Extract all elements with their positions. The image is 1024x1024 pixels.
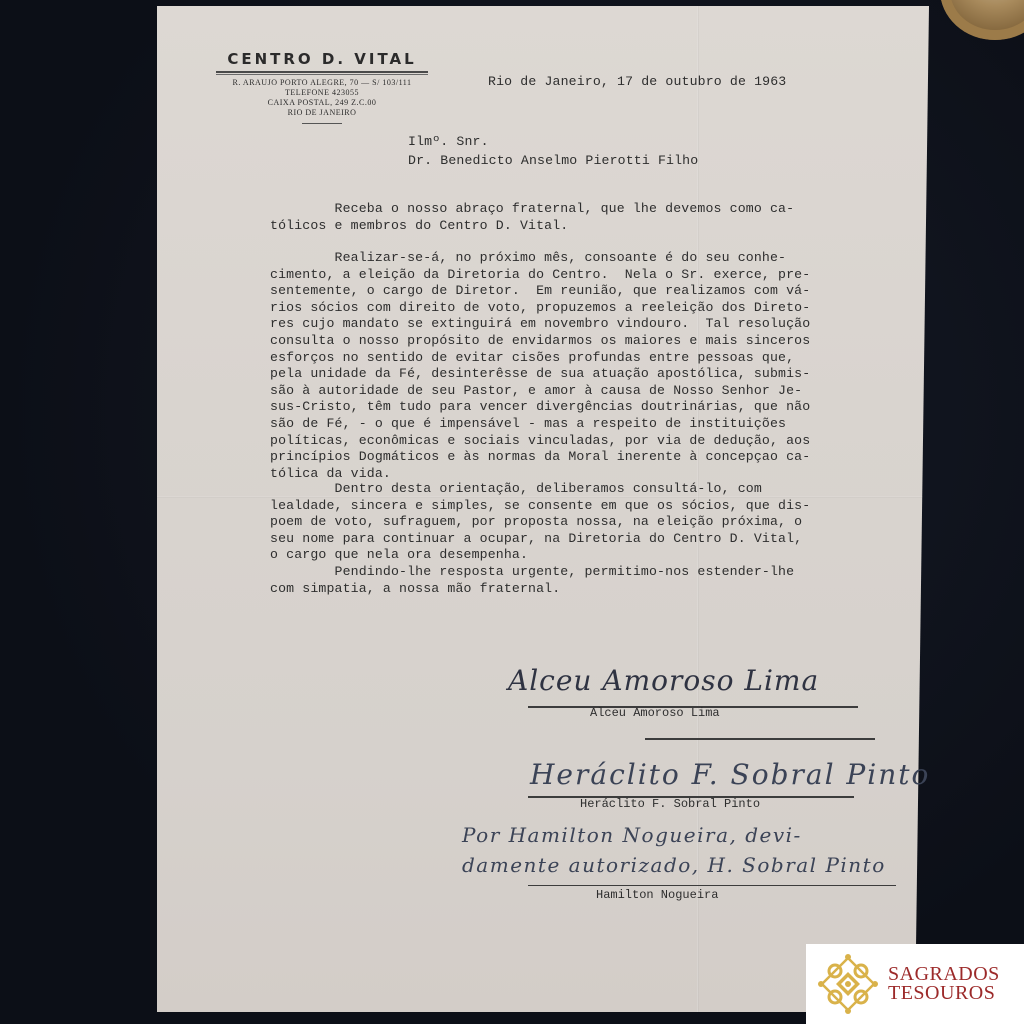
body-paragraph-1: Receba o nosso abraço fraternal, que lhe… (270, 201, 794, 234)
signature-name-3: Hamilton Nogueira (596, 888, 718, 902)
body-paragraph-2: Realizar-se-á, no próximo mês, consoante… (270, 250, 810, 482)
signature-line-2-top (645, 738, 875, 740)
watermark-line-2: TESOUROS (888, 984, 1000, 1003)
letterhead-short-rule (302, 123, 342, 124)
letterhead-rule (216, 71, 428, 75)
sagrados-tesouros-watermark: SAGRADOS TESOUROS (806, 944, 1024, 1024)
body-paragraph-4: Pendindo-lhe resposta urgente, permitimo… (270, 564, 794, 597)
recipient-salutation: Ilmº. Snr. (408, 134, 489, 149)
letterhead-phone: TELEFONE 423055 (212, 88, 432, 98)
letterhead-address: R. ARAUJO PORTO ALEGRE, 70 — S/ 103/111 (212, 78, 432, 88)
letter-date: Rio de Janeiro, 17 de outubro de 1963 (488, 74, 786, 89)
recipient-name: Dr. Benedicto Anselmo Pierotti Filho (408, 153, 698, 168)
signature-handwritten-3: Por Hamilton Nogueira, devi- damente aut… (462, 820, 886, 880)
signature-name-2: Heráclito F. Sobral Pinto (580, 797, 760, 811)
signature-line-3 (528, 885, 896, 886)
watermark-text: SAGRADOS TESOUROS (888, 965, 1000, 1003)
signature-handwritten-2: Heráclito F. Sobral Pinto (530, 758, 930, 791)
body-paragraph-3: Dentro desta orientação, deliberamos con… (270, 481, 810, 564)
letterhead: CENTRO D. VITAL R. ARAUJO PORTO ALEGRE, … (212, 50, 432, 124)
letterhead-po-box: CAIXA POSTAL, 249 Z.C.00 (212, 98, 432, 108)
signature-handwritten-1: Alceu Amoroso Lima (508, 664, 819, 697)
signature-name-1: Alceu Amoroso Lima (590, 706, 720, 720)
ornament-logo-icon (818, 954, 878, 1014)
letterhead-title: CENTRO D. VITAL (212, 50, 432, 68)
letterhead-city: RIO DE JANEIRO (212, 108, 432, 118)
